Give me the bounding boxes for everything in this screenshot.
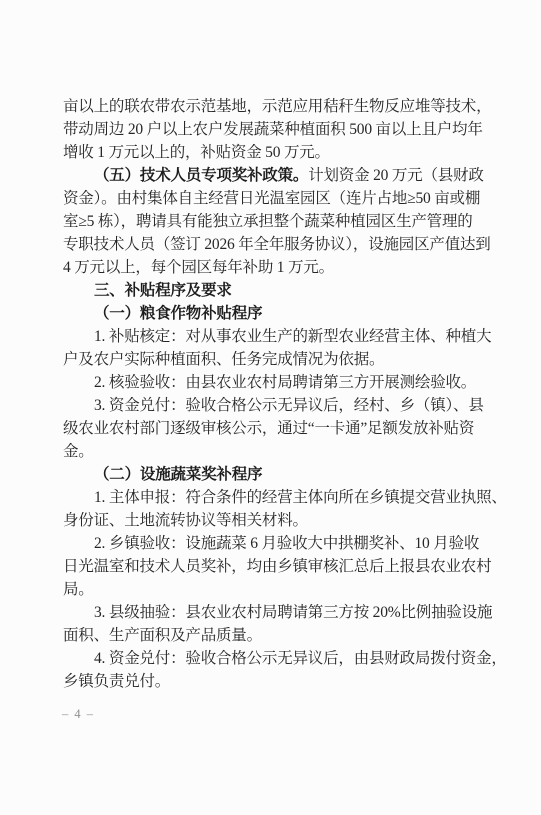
body-text: 专职技术人员（签订 2026 年全年服务协议），设施园区产值达到: [63, 236, 491, 253]
body-text: 局。: [63, 581, 94, 598]
document-body: 亩以上的联农带农示范基地，示范应用秸秆生物反应堆等技术，带动周边 20 户以上农…: [63, 95, 483, 693]
body-text: 4 万元以上，每个园区每年补助 1 万元。: [63, 259, 334, 276]
text-line: 1. 主体申报：符合条件的经营主体向所在乡镇提交营业执照、: [63, 486, 483, 509]
body-text: 2. 乡镇验收：设施蔬菜 6 月验收大中拱棚奖补、10 月验收: [94, 535, 479, 552]
text-line: 身份证、土地流转协议等相关材料。: [63, 509, 483, 532]
text-line: 2. 核验验收：由县农业农村局聘请第三方开展测绘验收。: [63, 371, 483, 394]
body-text: 级农业农村部门逐级审核公示，通过“一卡通”足额发放补贴资: [63, 420, 474, 437]
heading-text: （一）粮食作物补贴程序: [94, 305, 262, 322]
text-line: 3. 资金兑付：验收合格公示无异议后，经村、乡（镇）、县: [63, 394, 483, 417]
page-number: – 4 –: [62, 707, 95, 722]
body-text: 1. 补贴核定：对从事农业生产的新型农业经营主体、种植大: [94, 328, 491, 345]
body-text: 亩以上的联农带农示范基地，示范应用秸秆生物反应堆等技术，: [63, 98, 491, 115]
body-text: 计划资金 20 万元（县财政: [308, 167, 483, 184]
body-text: 3. 县级抽验：县农业农村局聘请第三方按 20%比例抽验设施: [94, 604, 492, 621]
heading-text: （二）设施蔬菜奖补程序: [94, 466, 262, 483]
body-text: 金。: [63, 443, 94, 460]
text-line: 2. 乡镇验收：设施蔬菜 6 月验收大中拱棚奖补、10 月验收: [63, 532, 483, 555]
text-line: 3. 县级抽验：县农业农村局聘请第三方按 20%比例抽验设施: [63, 601, 483, 624]
text-line: 增收 1 万元以上的，补贴资金 50 万元。: [63, 141, 483, 164]
text-line: 亩以上的联农带农示范基地，示范应用秸秆生物反应堆等技术，: [63, 95, 483, 118]
body-text: 1. 主体申报：符合条件的经营主体向所在乡镇提交营业执照、: [94, 489, 507, 506]
body-text: 面积、生产面积及产品质量。: [63, 627, 262, 644]
body-text: 乡镇负责兑付。: [63, 673, 170, 690]
body-text: 户及农户实际种植面积、任务完成情况为依据。: [63, 351, 384, 368]
text-line: 面积、生产面积及产品质量。: [63, 624, 483, 647]
document-page: 亩以上的联农带农示范基地，示范应用秸秆生物反应堆等技术，带动周边 20 户以上农…: [0, 0, 541, 815]
text-line: 三、补贴程序及要求: [63, 279, 483, 302]
body-text: 日光温室和技术人员奖补，均由乡镇审核汇总后上报县农业农村: [63, 558, 491, 575]
body-text: 3. 资金兑付：验收合格公示无异议后，经村、乡（镇）、县: [94, 397, 484, 414]
text-line: 日光温室和技术人员奖补，均由乡镇审核汇总后上报县农业农村: [63, 555, 483, 578]
body-text: 室≥5 栋），聘请具有能独立承担整个蔬菜种植园区生产管理的: [63, 213, 473, 230]
body-text: 身份证、土地流转协议等相关材料。: [63, 512, 308, 529]
text-line: （二）设施蔬菜奖补程序: [63, 463, 483, 486]
text-line: 4 万元以上，每个园区每年补助 1 万元。: [63, 256, 483, 279]
text-line: 局。: [63, 578, 483, 601]
heading-text: 三、补贴程序及要求: [94, 282, 232, 299]
body-text: 带动周边 20 户以上农户发展蔬菜种植面积 500 亩以上且户均年: [63, 121, 483, 138]
text-line: 专职技术人员（签订 2026 年全年服务协议），设施园区产值达到: [63, 233, 483, 256]
text-line: 级农业农村部门逐级审核公示，通过“一卡通”足额发放补贴资: [63, 417, 483, 440]
body-text: 4. 资金兑付：验收合格公示无异议后，由县财政局拨付资金，: [94, 650, 507, 667]
text-line: 带动周边 20 户以上农户发展蔬菜种植面积 500 亩以上且户均年: [63, 118, 483, 141]
text-line: 4. 资金兑付：验收合格公示无异议后，由县财政局拨付资金，: [63, 647, 483, 670]
text-line: （一）粮食作物补贴程序: [63, 302, 483, 325]
text-line: 金。: [63, 440, 483, 463]
heading-text: （五）技术人员专项奖补政策。: [94, 167, 308, 184]
text-line: 1. 补贴核定：对从事农业生产的新型农业经营主体、种植大: [63, 325, 483, 348]
text-line: 户及农户实际种植面积、任务完成情况为依据。: [63, 348, 483, 371]
text-line: 室≥5 栋），聘请具有能独立承担整个蔬菜种植园区生产管理的: [63, 210, 483, 233]
text-line: 乡镇负责兑付。: [63, 670, 483, 693]
body-text: 资金）。由村集体自主经营日光温室园区（连片占地≥50 亩或棚: [63, 190, 480, 207]
body-text: 2. 核验验收：由县农业农村局聘请第三方开展测绘验收。: [94, 374, 476, 391]
text-line: 资金）。由村集体自主经营日光温室园区（连片占地≥50 亩或棚: [63, 187, 483, 210]
text-line: （五）技术人员专项奖补政策。计划资金 20 万元（县财政: [63, 164, 483, 187]
body-text: 增收 1 万元以上的，补贴资金 50 万元。: [63, 144, 330, 161]
